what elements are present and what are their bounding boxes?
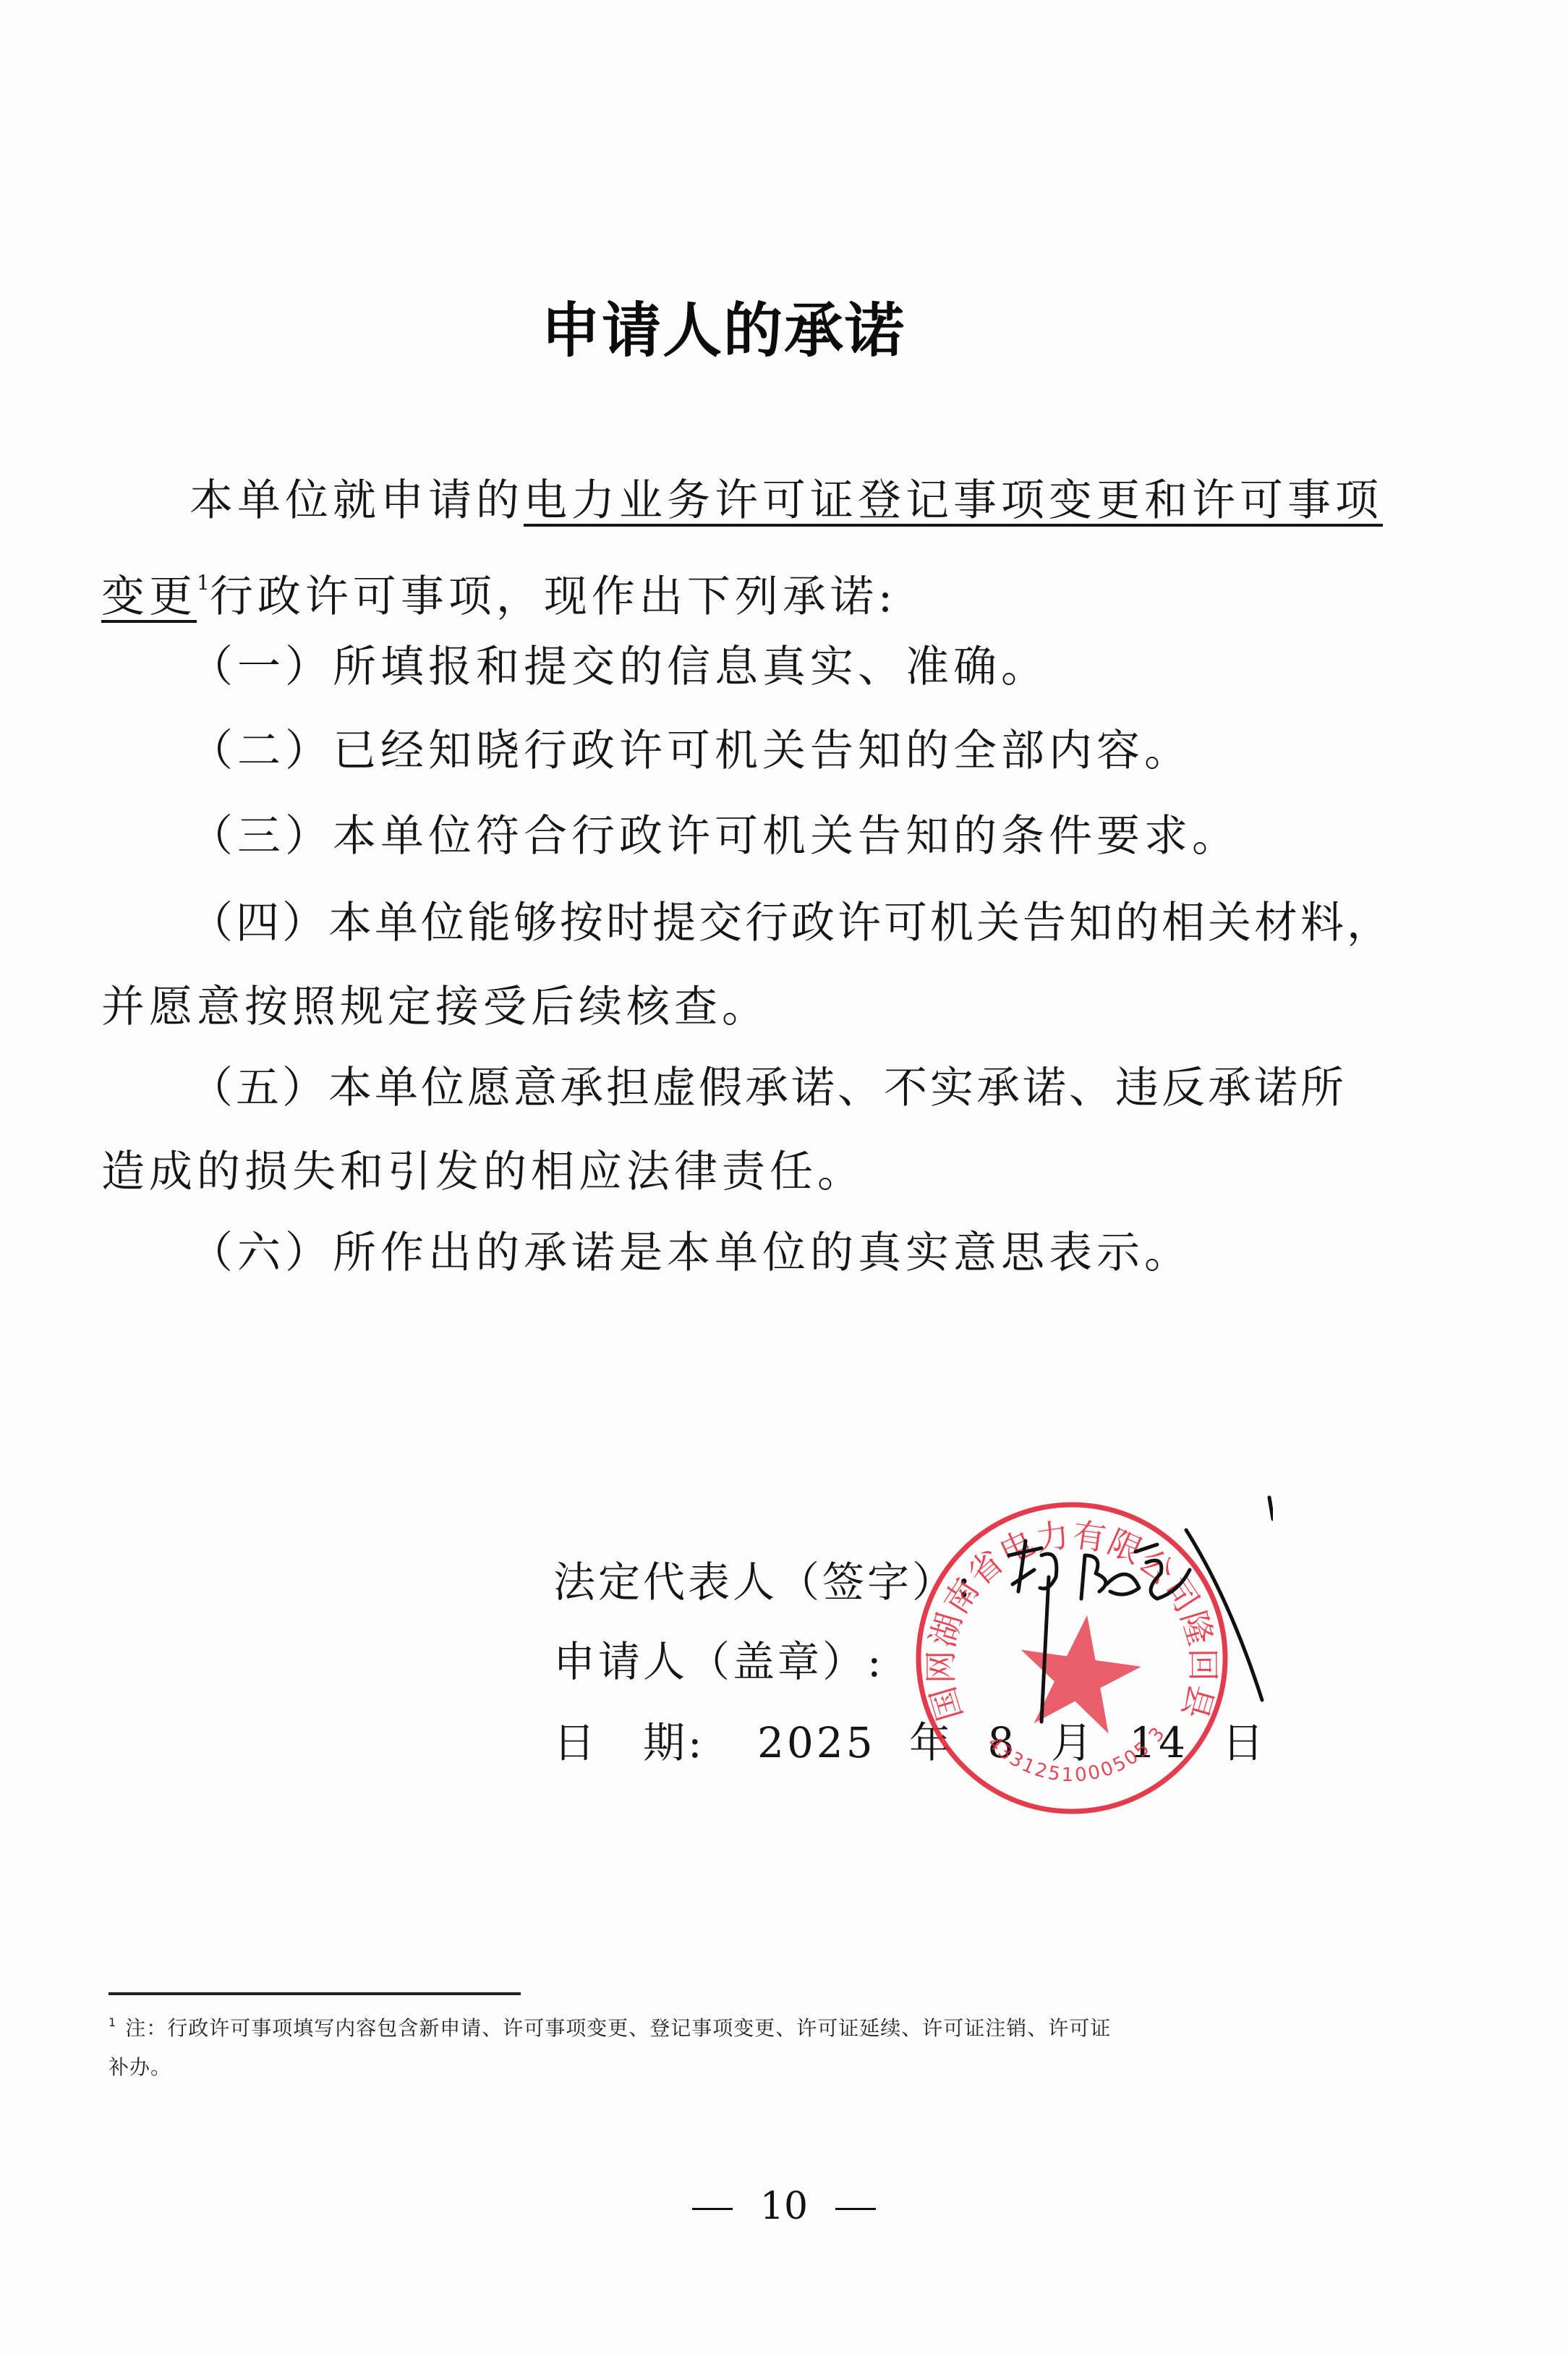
commitment-5: （五）本单位愿意承担虚假承诺、不实承诺、违反承诺所 — [189, 1059, 1347, 1117]
footnote-separator — [108, 1992, 521, 1995]
commitment-label: （三） — [189, 811, 333, 862]
commitment-text: 本单位能够按时提交行政许可机关告知的相关材料， — [328, 898, 1393, 948]
commitment-label: （六） — [189, 1228, 333, 1278]
page-number-value: 10 — [760, 2185, 808, 2228]
commitment-label: （四） — [189, 898, 328, 948]
intro-underlined-item: 电力业务许可证登记事项变更和许可事项 — [524, 475, 1383, 526]
commitment-label: （五） — [189, 1063, 328, 1113]
commitment-text: 本单位符合行政许可机关告知的条件要求。 — [333, 811, 1240, 862]
commitment-5-continuation: 造成的损失和引发的相应法律责任。 — [101, 1143, 865, 1201]
applicant-seal-label: 申请人（盖章）: — [553, 1628, 885, 1688]
commitment-2: （二）已经知晓行政许可机关告知的全部内容。 — [189, 722, 1192, 780]
commitment-4-continuation: 并愿意按照规定接受后续核查。 — [101, 978, 770, 1036]
commitment-text: 所作出的承诺是本单位的真实意思表示。 — [333, 1228, 1192, 1278]
page-number-dash-right — [835, 2208, 876, 2210]
footnote-marker: 1 — [108, 2015, 116, 2029]
commitment-label: （二） — [189, 726, 333, 776]
footnote-line-2: 补办。 — [108, 2052, 171, 2081]
date-label: 日 期: — [553, 1709, 705, 1769]
page-number-dash-left — [692, 2208, 733, 2210]
commitment-6: （六）所作出的承诺是本单位的真实意思表示。 — [189, 1224, 1192, 1282]
document-page: 申请人的承诺 本单位就申请的电力业务许可证登记事项变更和许可事项 变更1行政许可… — [0, 0, 1568, 2354]
commitment-text: 已经知晓行政许可机关告知的全部内容。 — [333, 726, 1192, 776]
commitment-text: 所填报和提交的信息真实、准确。 — [333, 642, 1049, 692]
footnote-text: 注：行政许可事项填写内容包含新申请、许可事项变更、登记事项变更、许可证延续、许可… — [125, 2016, 1111, 2040]
intro-prefix: 本单位就申请的 — [189, 475, 524, 526]
page-number: 10 — [0, 2185, 1568, 2228]
commitment-4: （四）本单位能够按时提交行政许可机关告知的相关材料， — [189, 894, 1393, 952]
intro-line-2: 变更1行政许可事项，现作出下列承诺: — [101, 554, 897, 626]
date-year: 2025 — [757, 1718, 876, 1767]
commitment-3: （三）本单位符合行政许可机关告知的条件要求。 — [189, 807, 1240, 865]
commitment-1: （一）所填报和提交的信息真实、准确。 — [189, 638, 1049, 696]
intro-suffix: 行政许可事项，现作出下列承诺: — [210, 571, 897, 622]
commitment-text: 本单位愿意承担虚假承诺、不实承诺、违反承诺所 — [328, 1063, 1347, 1113]
intro-line-1: 本单位就申请的电力业务许可证登记事项变更和许可事项 — [189, 472, 1383, 530]
footnote-ref[interactable]: 1 — [197, 571, 210, 595]
document-title: 申请人的承诺 — [0, 284, 1446, 368]
handwritten-signature-icon — [940, 1483, 1273, 1845]
legal-representative-label: 法定代表人（签字）: — [553, 1548, 974, 1609]
footnote-line-1: 1注：行政许可事项填写内容包含新申请、许可事项变更、登记事项变更、许可证延续、许… — [108, 2013, 1111, 2041]
commitment-label: （一） — [189, 642, 333, 692]
intro-underlined-item-cont: 变更 — [101, 571, 197, 622]
